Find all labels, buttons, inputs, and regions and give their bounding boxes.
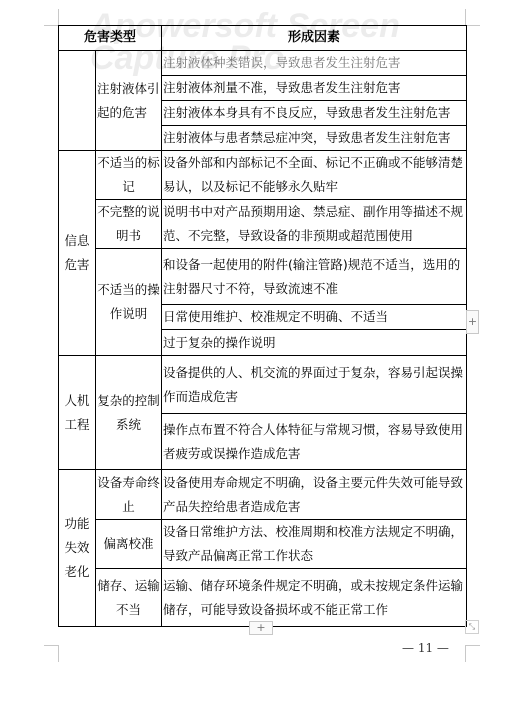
factor-cell[interactable]: 和设备一起使用的附件(输注管路)规范不适当，选用的注射器尺寸不符，导致流速不准 <box>162 249 467 305</box>
subcategory-cell[interactable]: 不完整的说明书 <box>96 200 162 249</box>
category-cell[interactable]: 信息危害 <box>59 151 96 356</box>
subcategory-cell[interactable]: 不适当的操作说明 <box>96 249 162 356</box>
table-row: 功能失效老化 设备寿命终止 设备使用寿命规定不明确，设备主要元件失效可能导致产品… <box>59 470 467 520</box>
factor-cell[interactable]: 设备日常维护方法、校准周期和校准方法规定不明确，导致产品偏离正常工作状态 <box>162 520 467 569</box>
category-cell[interactable]: 功能失效老化 <box>59 470 96 627</box>
subcategory-cell[interactable]: 不适当的标记 <box>96 151 162 200</box>
table-row: 不完整的说明书 说明书中对产品预期用途、禁忌症、副作用等描述不规范、不完整，导致… <box>59 200 467 249</box>
hazard-table: 危害类型 形成因素 注射液体引起的危害 注射液体种类错误，导致患者发生注射危害 … <box>58 25 467 627</box>
add-column-button[interactable]: + <box>249 621 273 635</box>
factor-cell[interactable]: 注射液体种类错误，导致患者发生注射危害 <box>162 51 467 76</box>
subcategory-cell[interactable]: 设备寿命终止 <box>96 470 162 520</box>
factor-cell[interactable]: 设备使用寿命规定不明确，设备主要元件失效可能导致产品失控给患者造成危害 <box>162 470 467 520</box>
factor-cell[interactable]: 运输、储存环境条件规定不明确，或未按规定条件运输储存，可能导致设备损坏或不能正常… <box>162 569 467 627</box>
factor-cell[interactable]: 操作点布置不符合人体特征与常规习惯，容易导致使用者疲劳或误操作造成危害 <box>162 414 467 470</box>
header-hazard-type[interactable]: 危害类型 <box>59 26 162 51</box>
crop-mark-top-left <box>44 9 59 26</box>
factor-cell[interactable]: 说明书中对产品预期用途、禁忌症、副作用等描述不规范、不完整，导致设备的非预期或超… <box>162 200 467 249</box>
category-cell[interactable] <box>59 51 96 151</box>
crop-mark-bottom-left <box>44 645 59 662</box>
subcategory-cell[interactable]: 复杂的控制系统 <box>96 356 162 470</box>
subcategory-cell[interactable]: 储存、运输不当 <box>96 569 162 627</box>
table-row: 人机工程 复杂的控制系统 设备提供的人、机交流的界面过于复杂，容易引起误操作而造… <box>59 356 467 414</box>
table-row: 储存、运输不当 运输、储存环境条件规定不明确，或未按规定条件运输储存，可能导致设… <box>59 569 467 627</box>
factor-cell[interactable]: 设备外部和内部标记不全面、标记不正确或不能够清楚易认，以及标记不能够永久贴牢 <box>162 151 467 200</box>
crop-mark-bottom-right <box>465 645 480 662</box>
factor-cell[interactable]: 日常使用维护、校准规定不明确、不适当 <box>162 305 467 330</box>
subcategory-cell[interactable]: 注射液体引起的危害 <box>96 51 162 151</box>
factor-cell[interactable]: 注射液体与患者禁忌症冲突，导致患者发生注射危害 <box>162 126 467 151</box>
factor-cell[interactable]: 设备提供的人、机交流的界面过于复杂，容易引起误操作而造成危害 <box>162 356 467 414</box>
page-number: — 11 — <box>402 641 449 655</box>
category-cell[interactable]: 人机工程 <box>59 356 96 470</box>
table-row: 偏离校准 设备日常维护方法、校准周期和校准方法规定不明确，导致产品偏离正常工作状… <box>59 520 467 569</box>
table-row: 不适当的操作说明 和设备一起使用的附件(输注管路)规范不适当，选用的注射器尺寸不… <box>59 249 467 305</box>
factor-cell[interactable]: 注射液体剂量不准，导致患者发生注射危害 <box>162 76 467 101</box>
factor-cell[interactable]: 过于复杂的操作说明 <box>162 330 467 356</box>
table-resize-handle[interactable]: ⤡ <box>465 620 479 634</box>
subcategory-cell[interactable]: 偏离校准 <box>96 520 162 569</box>
header-factors[interactable]: 形成因素 <box>162 26 467 51</box>
table-row: 信息危害 不适当的标记 设备外部和内部标记不全面、标记不正确或不能够清楚易认，以… <box>59 151 467 200</box>
table-row: 注射液体引起的危害 注射液体种类错误，导致患者发生注射危害 <box>59 51 467 76</box>
add-row-button[interactable]: + <box>466 310 479 334</box>
factor-cell[interactable]: 注射液体本身具有不良反应，导致患者发生注射危害 <box>162 101 467 126</box>
table-header-row: 危害类型 形成因素 <box>59 26 467 51</box>
crop-mark-top-right <box>465 9 480 26</box>
